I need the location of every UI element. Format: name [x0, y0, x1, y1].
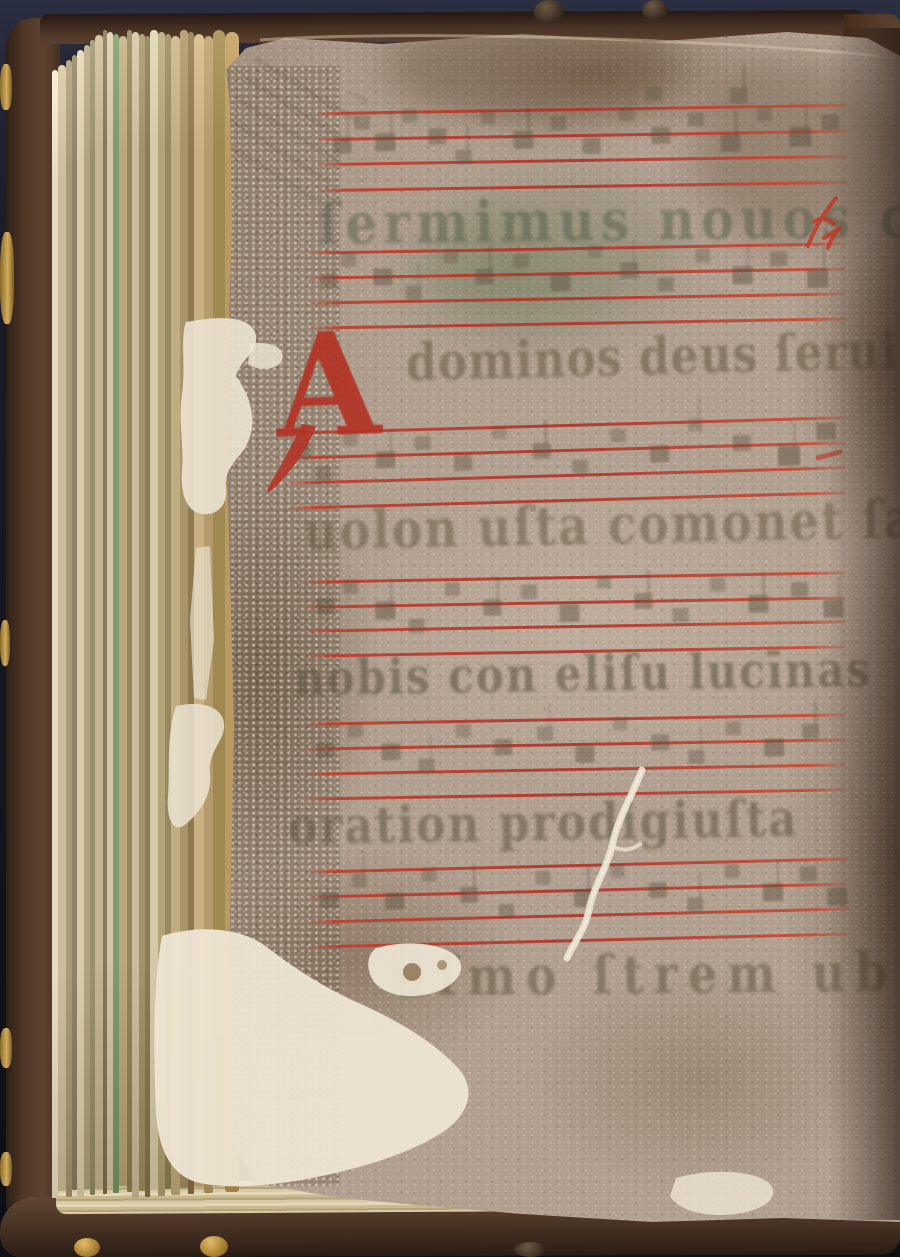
neume-square: [483, 599, 501, 615]
neume-square: [748, 595, 768, 613]
neume-square: [537, 726, 553, 740]
neume-square: [343, 580, 358, 594]
neume-square: [710, 577, 725, 591]
neume-stem: [329, 719, 332, 746]
page-edge-stripe: [180, 30, 188, 1188]
page-edge-stripe: [158, 32, 165, 1196]
neume-square: [320, 892, 338, 908]
page-edge-stripe: [132, 32, 139, 1198]
staff-line: [318, 155, 848, 166]
staff-line: [288, 466, 846, 485]
neume-square: [513, 131, 533, 149]
neume-stem: [346, 115, 349, 142]
chant-text-line-4: nobis con eliſu lucīnas: [294, 641, 873, 707]
manuscript-photo: ſermimus nouos cō dominos deus ſeruiēm u…: [0, 0, 900, 1257]
neume-square: [445, 582, 460, 596]
neume-square: [419, 758, 435, 772]
neume-square: [375, 601, 395, 619]
neume-square: [572, 459, 588, 473]
neume-square: [429, 128, 447, 144]
neume-square: [513, 254, 529, 268]
neume-square: [550, 273, 570, 291]
neume-square: [808, 269, 829, 288]
page-edge-stripe: [204, 36, 213, 1193]
neume-square: [649, 445, 668, 463]
neume-stem: [496, 576, 499, 603]
staff-line: [305, 713, 845, 725]
neume-square: [475, 268, 493, 284]
neume-square: [757, 107, 772, 121]
neume-square: [802, 724, 819, 739]
page-edge-stripe: [95, 35, 103, 1188]
neume-square: [689, 750, 705, 764]
neume-square: [316, 742, 334, 758]
neume-stem: [389, 578, 392, 605]
neume-stem: [417, 263, 420, 290]
neume-square: [687, 897, 703, 911]
page-edge-stack: [52, 30, 242, 1198]
neume-square: [494, 739, 512, 755]
neume-square: [408, 619, 424, 633]
neume-square: [673, 608, 689, 622]
page-edge-stripe: [171, 36, 180, 1195]
neume-stem: [389, 428, 392, 455]
clasp-knob: [514, 1242, 548, 1257]
neume-stem: [647, 570, 650, 597]
neume-square: [688, 112, 704, 126]
neume-square: [596, 575, 610, 588]
chant-text-line-5: oration prodigiuſta: [288, 790, 799, 857]
neume-square: [688, 418, 702, 431]
page-edge-stripe: [119, 36, 127, 1186]
neume-square: [789, 126, 811, 146]
neume-square: [764, 738, 784, 756]
brass-clasp-remnant: [0, 1028, 12, 1068]
neume-square: [415, 436, 431, 450]
neume-square: [791, 582, 808, 597]
neume-stem: [527, 108, 530, 135]
neume-square: [574, 890, 593, 907]
neume-stem: [587, 867, 590, 894]
neume-square: [619, 107, 634, 121]
neume-square: [730, 87, 748, 103]
clasp-knob: [642, 0, 668, 20]
neume-square: [762, 883, 782, 901]
neume-square: [320, 273, 337, 288]
neume-square: [460, 886, 478, 902]
neume-square: [456, 724, 471, 738]
neume-square: [726, 721, 741, 735]
neume-square: [620, 262, 638, 278]
neume-square: [550, 116, 566, 130]
brass-boss: [200, 1236, 228, 1257]
neume-square: [800, 866, 817, 881]
neume-square: [348, 724, 363, 738]
neume-square: [385, 892, 404, 909]
neume-square: [354, 115, 370, 129]
neume-square: [402, 109, 417, 123]
staff-line: [310, 292, 846, 304]
chant-text-line-3: uolon uſta comonet ſa: [304, 488, 900, 562]
neume-stem: [629, 84, 632, 111]
clasp-knob: [534, 0, 564, 24]
neume-stem: [430, 735, 433, 762]
neume-square: [720, 134, 740, 152]
brass-clasp-remnant: [0, 620, 10, 666]
neume-stem: [329, 575, 332, 602]
neume-square: [770, 251, 787, 266]
neume-square: [481, 111, 495, 124]
neume-stem: [734, 111, 737, 138]
parchment-page: ſermimus nouos cō dominos deus ſeruiēm u…: [222, 26, 900, 1222]
page-edge-stripe: [58, 65, 66, 1191]
neume-square: [381, 743, 400, 760]
gutter-shadow: [828, 28, 900, 1220]
neume-stem: [390, 110, 393, 137]
chant-text-line-6: uſmo ſtrem ub: [394, 941, 898, 1008]
neume-square: [651, 734, 669, 750]
neume-square: [733, 266, 753, 284]
page-edge-stripe: [213, 30, 225, 1186]
neume-stem: [697, 395, 700, 422]
neume-square: [406, 286, 422, 300]
neume-square: [316, 598, 334, 614]
neume-square: [352, 873, 367, 887]
neume-square: [611, 865, 625, 878]
neume-square: [651, 127, 670, 144]
neume-square: [498, 904, 514, 918]
page-edge-stripe: [150, 30, 158, 1190]
staff-line: [310, 907, 850, 923]
initial-tail-flourish: [264, 422, 326, 498]
neume-square: [733, 435, 751, 451]
neume-square: [645, 87, 661, 101]
neume-square: [778, 445, 801, 466]
neume-square: [610, 428, 625, 442]
neume-square: [575, 746, 594, 763]
neume-square: [582, 138, 600, 154]
neume-stem: [804, 103, 807, 130]
neume-square: [521, 585, 537, 599]
neume-stem: [814, 701, 817, 728]
brass-clasp-remnant: [0, 64, 12, 110]
neume-square: [658, 277, 674, 291]
brass-boss: [74, 1238, 100, 1257]
neume-square: [613, 717, 627, 730]
neume-stem: [548, 703, 551, 730]
staff-line: [306, 763, 846, 775]
neume-square: [724, 864, 739, 878]
neume-square: [422, 867, 437, 881]
neume-square: [493, 426, 507, 439]
neume-square: [373, 268, 392, 285]
neume-square: [333, 138, 351, 154]
neume-stem: [793, 423, 796, 450]
neume-square: [559, 604, 579, 622]
neume-stem: [743, 64, 746, 91]
neume-stem: [776, 860, 779, 887]
neume-square: [376, 133, 396, 151]
neume-square: [455, 150, 471, 164]
neume-stem: [467, 127, 470, 154]
neume-square: [635, 593, 653, 609]
brass-clasp-remnant: [0, 232, 14, 324]
neume-square: [532, 442, 550, 458]
neume-square: [649, 882, 667, 898]
staff-line: [308, 857, 848, 873]
neume-stem: [698, 874, 701, 901]
page-edge-stripe: [77, 50, 84, 1196]
brass-clasp-remnant: [0, 1152, 12, 1186]
page-edge-stripe: [194, 34, 204, 1187]
neume-square: [454, 455, 472, 471]
neume-stem: [700, 727, 703, 754]
neume-square: [535, 871, 550, 885]
staff-line: [306, 620, 846, 632]
neume-stem: [762, 572, 765, 599]
